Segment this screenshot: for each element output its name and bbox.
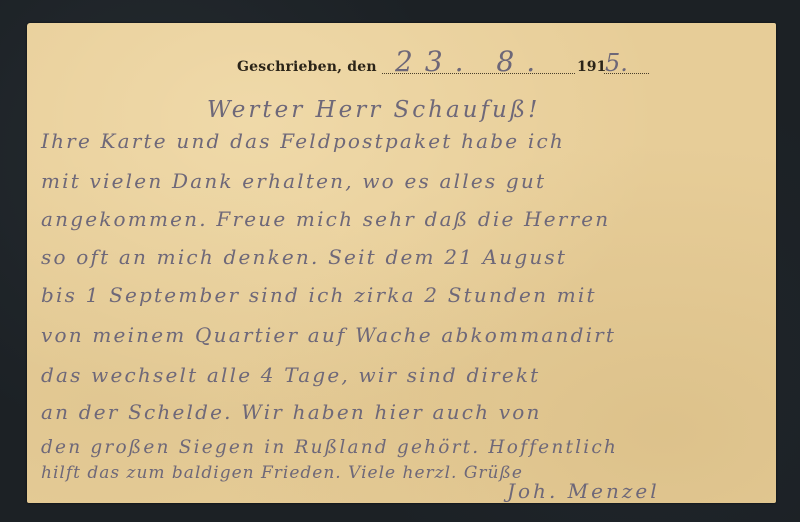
postcard: Geschrieben, den 23. 8. 191 5. Werter He… bbox=[27, 23, 776, 503]
letter-line-4: so oft an mich denken. Seit dem 21 Augus… bbox=[41, 245, 567, 269]
letter-line-2: mit vielen Dank erhalten, wo es alles gu… bbox=[41, 169, 546, 193]
printed-year-prefix: 191 bbox=[577, 59, 606, 75]
letter-line-8: an der Schelde. Wir haben hier auch von bbox=[41, 400, 542, 424]
handwritten-date: 23. 8. bbox=[395, 45, 547, 78]
signature: Joh. Menzel bbox=[507, 479, 660, 503]
salutation: Werter Herr Schaufuß! bbox=[207, 97, 540, 123]
letter-line-10: hilft das zum baldigen Frieden. Viele he… bbox=[41, 463, 523, 483]
written-on-label: Geschrieben, den bbox=[237, 59, 377, 75]
letter-line-9: den großen Siegen in Rußland gehört. Hof… bbox=[41, 437, 618, 458]
handwritten-year-digit: 5. bbox=[605, 49, 628, 77]
date-header: Geschrieben, den 23. 8. 191 5. bbox=[237, 51, 667, 81]
letter-line-5: bis 1 September sind ich zirka 2 Stunden… bbox=[41, 283, 597, 307]
letter-line-6: von meinem Quartier auf Wache abkommandi… bbox=[41, 323, 616, 347]
letter-line-1: Ihre Karte und das Feldpostpaket habe ic… bbox=[41, 129, 565, 153]
letter-line-3: angekommen. Freue mich sehr daß die Herr… bbox=[41, 207, 610, 231]
letter-line-7: das wechselt alle 4 Tage, wir sind direk… bbox=[41, 363, 540, 387]
